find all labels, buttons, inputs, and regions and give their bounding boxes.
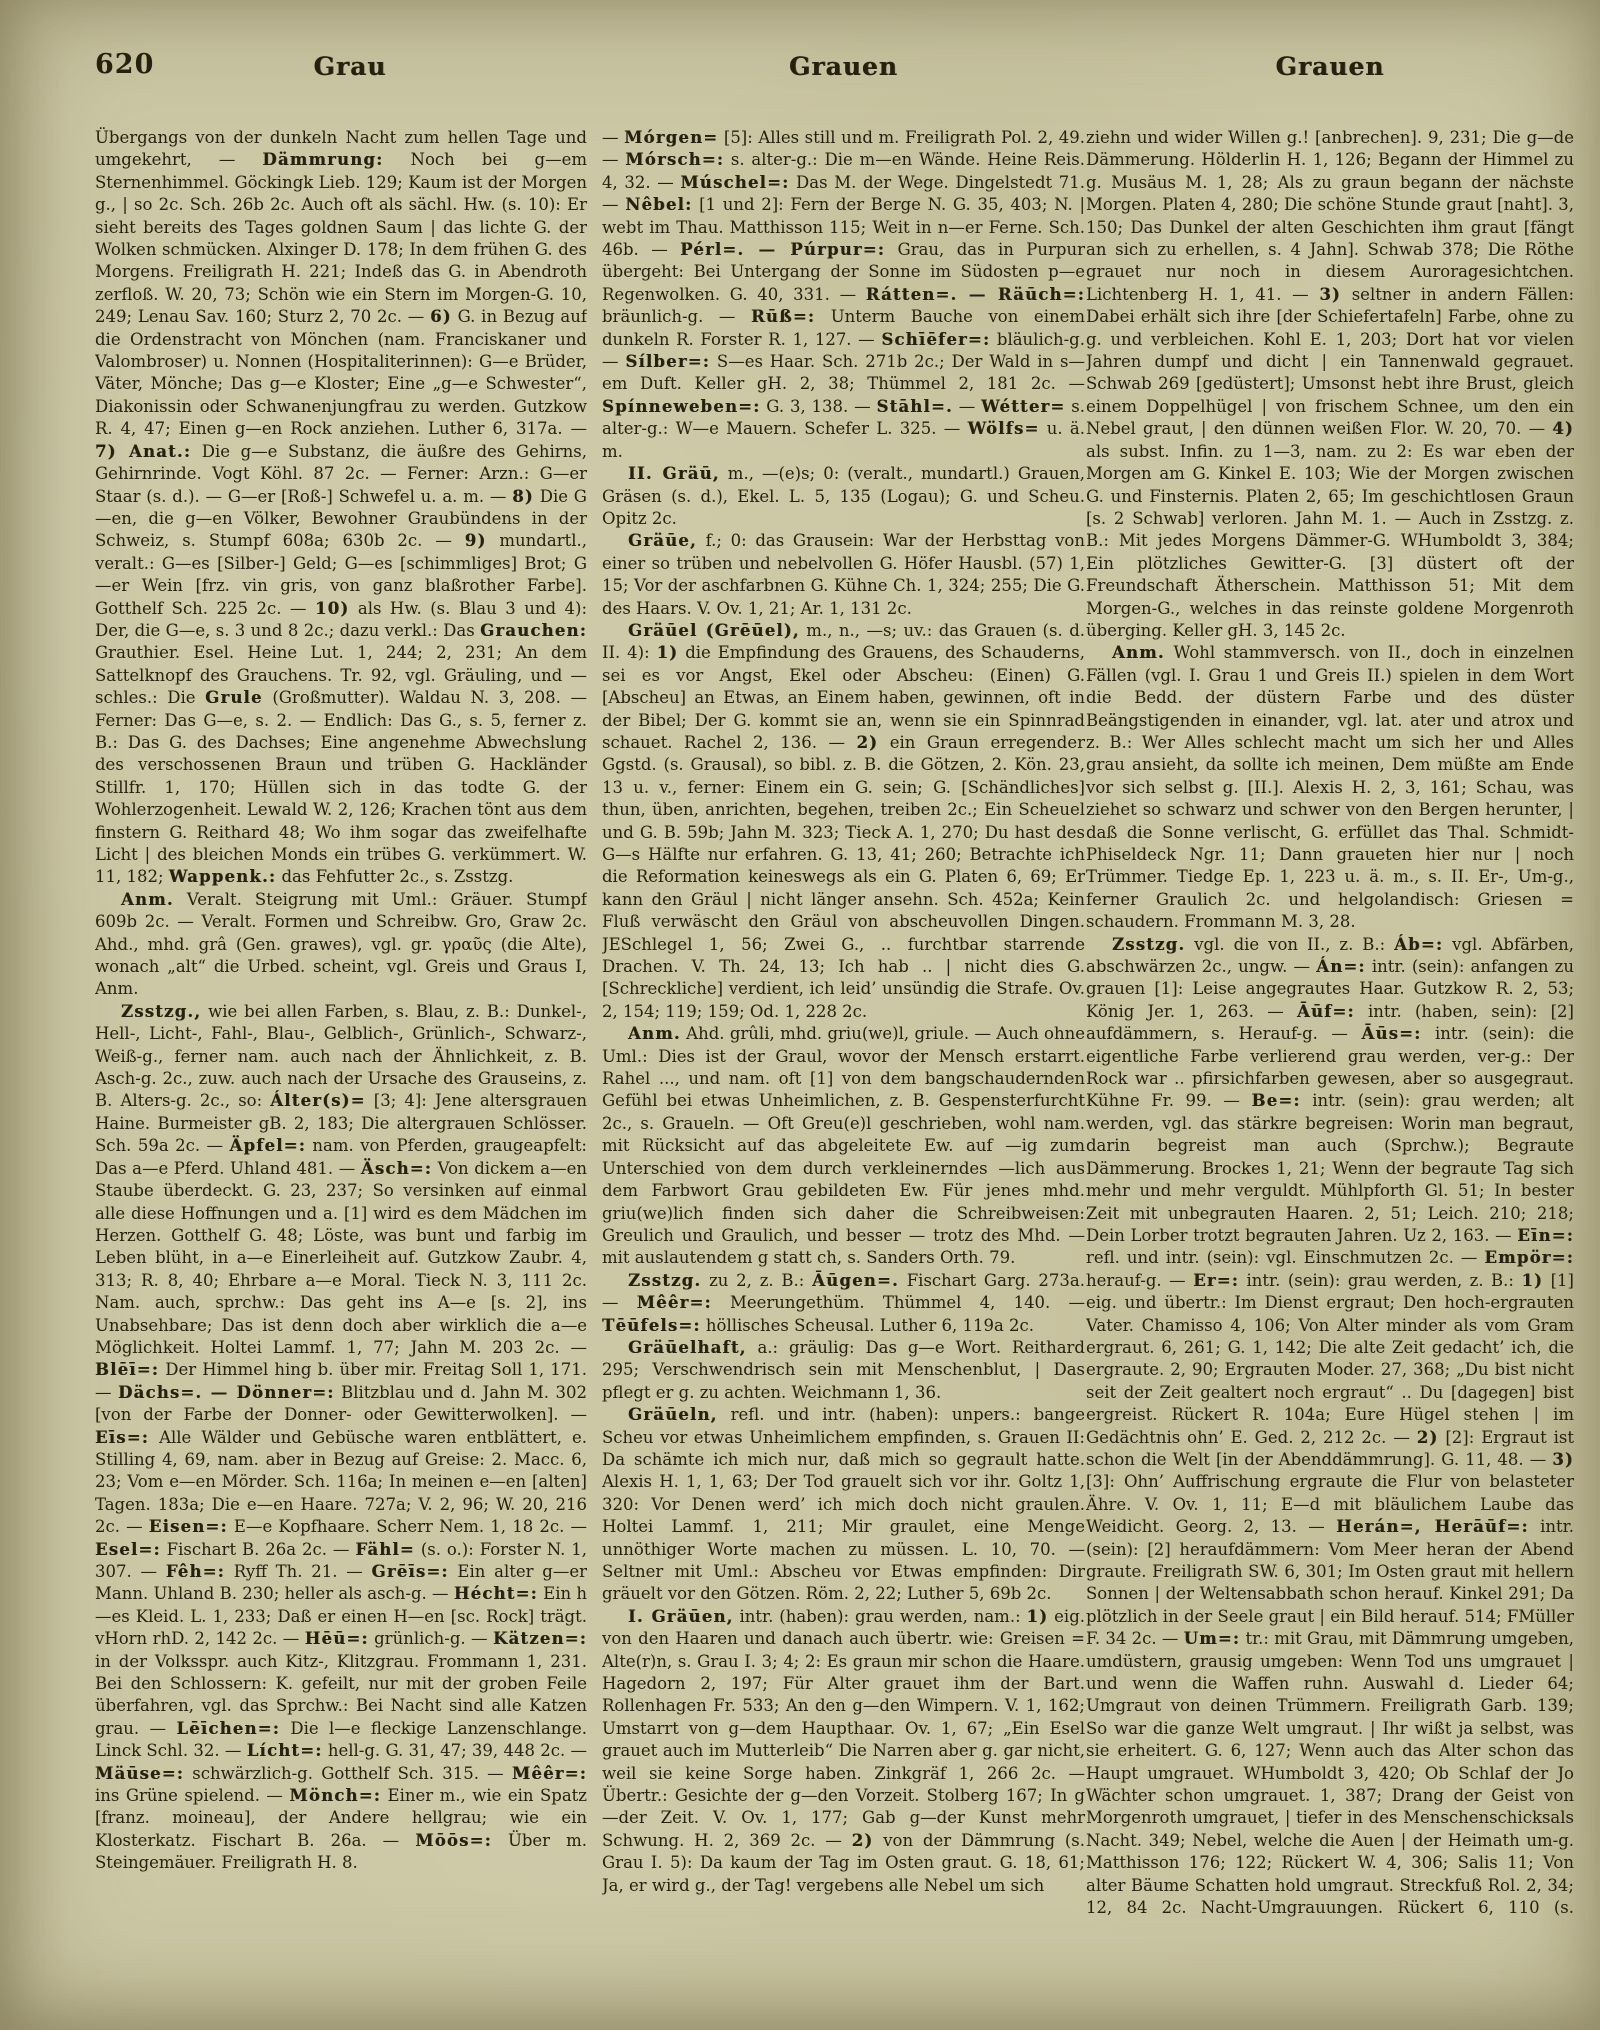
entry-text: Fischart B. 26a 2c. — [161, 1540, 356, 1559]
entry-headword: Hécht=: [454, 1584, 538, 1603]
entry-text: bräunlich-g. — [602, 307, 751, 326]
entry-headword: Nêbel: [625, 195, 692, 214]
page-header: 620 Grau Grauen Grauen [0, 52, 1600, 92]
entry-headword: Empör=: [1484, 1248, 1574, 1267]
entry-headword: Álter(s)= [270, 1091, 365, 1110]
text-column-1: Übergangs von der dunkeln Nacht zum hell… [95, 127, 587, 1922]
entry-headword: Áb=: [1394, 935, 1443, 954]
entry-headword: Tēūfels=: [602, 1316, 701, 1335]
entry-headword: Äsch=: [361, 1159, 432, 1178]
entry-headword: Mêêr=: [512, 1764, 587, 1783]
entry-headword: Múschel=: [680, 173, 789, 192]
entry-headword: Pérl=. — Púrpur=: [680, 240, 885, 259]
entry-headword: Mōōs=: [415, 1831, 492, 1850]
entry-text: Ryff Th. 21. — [225, 1562, 372, 1581]
entry-headword: II. Gräū, [628, 464, 720, 483]
entry-headword: Zsstzg. [628, 1271, 701, 1290]
entry-headword: 1) [1027, 1607, 1049, 1626]
entry-text: ein Graun erregender Ggstd. (s. Grausal)… [602, 733, 1085, 1021]
entry-headword: Dächs=. — Dönner=: [118, 1383, 334, 1402]
entry-headword: Rūß=: [751, 307, 815, 326]
entry-headword: Anm. [1112, 643, 1165, 662]
entry-headword: Gräūeln, [628, 1405, 718, 1424]
entry-headword: Sílber=: [625, 352, 710, 371]
paragraph: I. Gräūen, intr. (haben): grau werden, n… [602, 1606, 1085, 1897]
entry-headword: 1) [1521, 1271, 1543, 1290]
paragraph: Zsstzg. vgl. die von II., z. B.: Áb=: vg… [1086, 934, 1574, 1922]
entry-headword: Herán=, Herāūf=: [1336, 1517, 1529, 1536]
entry-headword: Fêh=: [166, 1562, 225, 1581]
entry-headword: 2) [856, 733, 878, 752]
entry-headword: Grule [205, 688, 263, 707]
entry-headword: Grēīs=: [372, 1562, 449, 1581]
entry-text: [1] eig. und übertr.: Im Dienst ergraut;… [1086, 1271, 1574, 1447]
paragraph: II. Gräū, m., —(e)s; 0: (veralt., mundar… [602, 463, 1085, 530]
entry-text: Wohl stammversch. von II., doch in einze… [1086, 643, 1574, 931]
entry-headword: Zsstzg. [1112, 935, 1185, 954]
text-column-3: ziehn und wider Willen g.! [anbrechen]. … [1086, 127, 1574, 1922]
entry-headword: Hēū=: [305, 1629, 369, 1648]
header-keyword-left: Grau [130, 56, 570, 78]
entry-text: (Großmutter). Waldau N. 3, 208. — Ferner… [95, 688, 587, 886]
dictionary-page-scan: 620 Grau Grauen Grauen Übergangs von der… [0, 0, 1600, 2030]
entry-text: eig. von den Haaren und danach auch über… [602, 1607, 1085, 1850]
entry-headword: Mäūse=: [95, 1764, 184, 1783]
entry-headword: 2) [1417, 1428, 1439, 1447]
paragraph: Übergangs von der dunkeln Nacht zum hell… [95, 127, 587, 889]
entry-headword: Anm. [121, 890, 174, 909]
entry-headword: Eisen=: [149, 1517, 228, 1536]
entry-headword: Āūf=: [1297, 1002, 1355, 1021]
entry-headword: Wétter= [981, 397, 1065, 416]
entry-headword: 6) [430, 307, 452, 326]
entry-headword: Mêêr=: [637, 1293, 712, 1312]
entry-headword: Gräūel (Grēūel), [628, 621, 800, 640]
entry-headword: Dämmrung: [262, 150, 383, 169]
entry-text: intr. (sein): [1299, 1921, 1396, 1923]
entry-headword: Anm. [628, 1024, 681, 1043]
entry-headword: 10) [315, 599, 349, 618]
entry-headword: 9) [465, 531, 487, 550]
paragraph: Gräūelhaft, a.: gräulig: Das g—e Wort. R… [602, 1337, 1085, 1404]
entry-headword: Spínneweben=: [602, 397, 760, 416]
entry-text: intr. (sein): grau werden; alt werden, v… [1086, 1091, 1574, 1244]
entry-text: zu 2, z. B.: [701, 1271, 812, 1290]
entry-text: G. in Bezug auf die Ordenstracht von Mön… [95, 307, 587, 438]
entry-text: vgl. die von II., z. B.: [1185, 935, 1394, 954]
entry-headword: Án=: [1316, 957, 1366, 976]
entry-headword: Kätzen=: [493, 1629, 587, 1648]
header-keyword-middle: Grauen [602, 56, 1085, 78]
entry-headword: Āūgen=. [812, 1271, 899, 1290]
entry-headword: Lēīchen=: [176, 1719, 280, 1738]
entry-text: Ahd. grûli, mhd. griu(we)l, griule. — Au… [602, 1024, 1085, 1267]
entry-text: intr. (sein): grau werden, z. B.: [1239, 1271, 1521, 1290]
entry-headword: Ver=: [1243, 1921, 1299, 1923]
entry-headword: Mórgen= [624, 128, 718, 147]
entry-headword: Eīn=: [1517, 1226, 1574, 1245]
entry-headword: Zsstzg., [121, 1002, 201, 1021]
entry-text: tr.: mit Grau, mit Dämmrung umgeben, umd… [1086, 1629, 1574, 1922]
entry-headword: Um=: [1184, 1629, 1241, 1648]
paragraph: — Mórgen= [5]: Alles still und m. Freili… [602, 127, 1085, 463]
entry-text: hell-g. G. 31, 47; 39, 448 2c. — [323, 1741, 587, 1760]
paragraph: Anm. Ahd. grûli, mhd. griu(we)l, griule.… [602, 1023, 1085, 1269]
entry-text: grünlich-g. — [369, 1629, 493, 1648]
entry-text: intr. (haben): grau werden, nam.: [734, 1607, 1027, 1626]
entry-text: — [602, 128, 624, 147]
entry-headword: Wappenk.: [169, 867, 276, 886]
entry-headword: Wölfs= [968, 419, 1040, 438]
paragraph: Gräūeln, refl. und intr. (haben): unpers… [602, 1404, 1085, 1606]
entry-headword: 1) [657, 643, 679, 662]
entry-headword: Gräūelhaft, [628, 1338, 747, 1357]
text-column-2: — Mórgen= [5]: Alles still und m. Freili… [602, 127, 1085, 1922]
paragraph: Anm. Wohl stammversch. von II., doch in … [1086, 642, 1574, 933]
entry-headword: Blēī=: [95, 1360, 159, 1379]
entry-text: refl. und intr. (haben): unpers.: bange … [602, 1405, 1085, 1603]
entry-headword: 3) [1552, 1450, 1574, 1469]
entry-text: als subst. Infin. zu 1—3, nam. zu 2: Es … [1086, 442, 1574, 640]
entry-text: schwärzlich-g. Gotthelf Sch. 315. — [184, 1764, 512, 1783]
entry-text: das Fehfutter 2c., s. Zsstzg. [276, 867, 513, 886]
paragraph: Gräūe, f.; 0: das Grausein: War der Herb… [602, 530, 1085, 620]
header-keyword-right: Grauen [1086, 56, 1574, 78]
paragraph: Anm. Veralt. Steigrung mit Uml.: Gräuer.… [95, 889, 587, 1001]
entry-text: — [953, 397, 981, 416]
entry-headword: I. Gräūen, [628, 1607, 734, 1626]
entry-text: G. 3, 138. — [760, 397, 876, 416]
entry-headword: Grauchen: [480, 621, 587, 640]
entry-headword: Gräūe, [628, 531, 697, 550]
entry-headword: 7) Anat.: [95, 442, 191, 461]
paragraph: Zsstzg. zu 2, z. B.: Āūgen=. Fischart Ga… [602, 1270, 1085, 1337]
entry-headword: Äpfel=: [229, 1136, 306, 1155]
entry-text: Meerungethüm. Thümmel 4, 140. — [712, 1293, 1085, 1312]
entry-text: seltner in andern Fällen: Dabei erhält s… [1086, 285, 1574, 438]
entry-headword: Fähl= [355, 1540, 415, 1559]
paragraph: ziehn und wider Willen g.! [anbrechen]. … [1086, 127, 1574, 642]
entry-text: höllisches Scheusal. Luther 6, 119a 2c. [701, 1316, 1034, 1335]
entry-headword: Mórsch=: [625, 150, 724, 169]
entry-headword: 3) [1319, 285, 1341, 304]
entry-text: refl. und intr. (sein): vgl. Einschmutze… [1086, 1248, 1484, 1267]
entry-text: E—e Kopfhaare. Scherr Nem. 1, 18 2c. — [228, 1517, 587, 1536]
paragraph: Gräūel (Grēūel), m., n., —s; uv.: das Gr… [602, 620, 1085, 1023]
entry-headword: Āūs=: [1361, 1024, 1421, 1043]
entry-headword: 4) [1552, 419, 1574, 438]
entry-headword: Rátten=. — Räūch=: [866, 285, 1085, 304]
entry-headword: Stāhl=. [876, 397, 952, 416]
entry-headword: Mönch=: [289, 1786, 381, 1805]
entry-headword: Eīs=: [95, 1428, 149, 1447]
paragraph: Zsstzg., wie bei allen Farben, s. Blau, … [95, 1001, 587, 1875]
entry-headword: Lícht=: [247, 1741, 323, 1760]
entry-headword: Be=: [1251, 1091, 1300, 1110]
entry-headword: Er=: [1193, 1271, 1239, 1290]
entry-headword: 2) [852, 1831, 874, 1850]
entry-headword: Schīēfer=: [881, 330, 990, 349]
entry-text: Von dickem a—en Staube überdeckt. G. 23,… [95, 1159, 587, 1357]
entry-text: ziehn und wider Willen g.! [anbrechen]. … [1086, 128, 1574, 304]
entry-headword: Esel=: [95, 1540, 161, 1559]
entry-text: ins Grüne spielend. — [95, 1786, 289, 1805]
entry-text: Noch bei g—em Sternenhimmel. Göckingk Li… [95, 150, 587, 326]
entry-text: herauf-g. — [1086, 1271, 1193, 1290]
entry-headword: 8) [512, 487, 534, 506]
